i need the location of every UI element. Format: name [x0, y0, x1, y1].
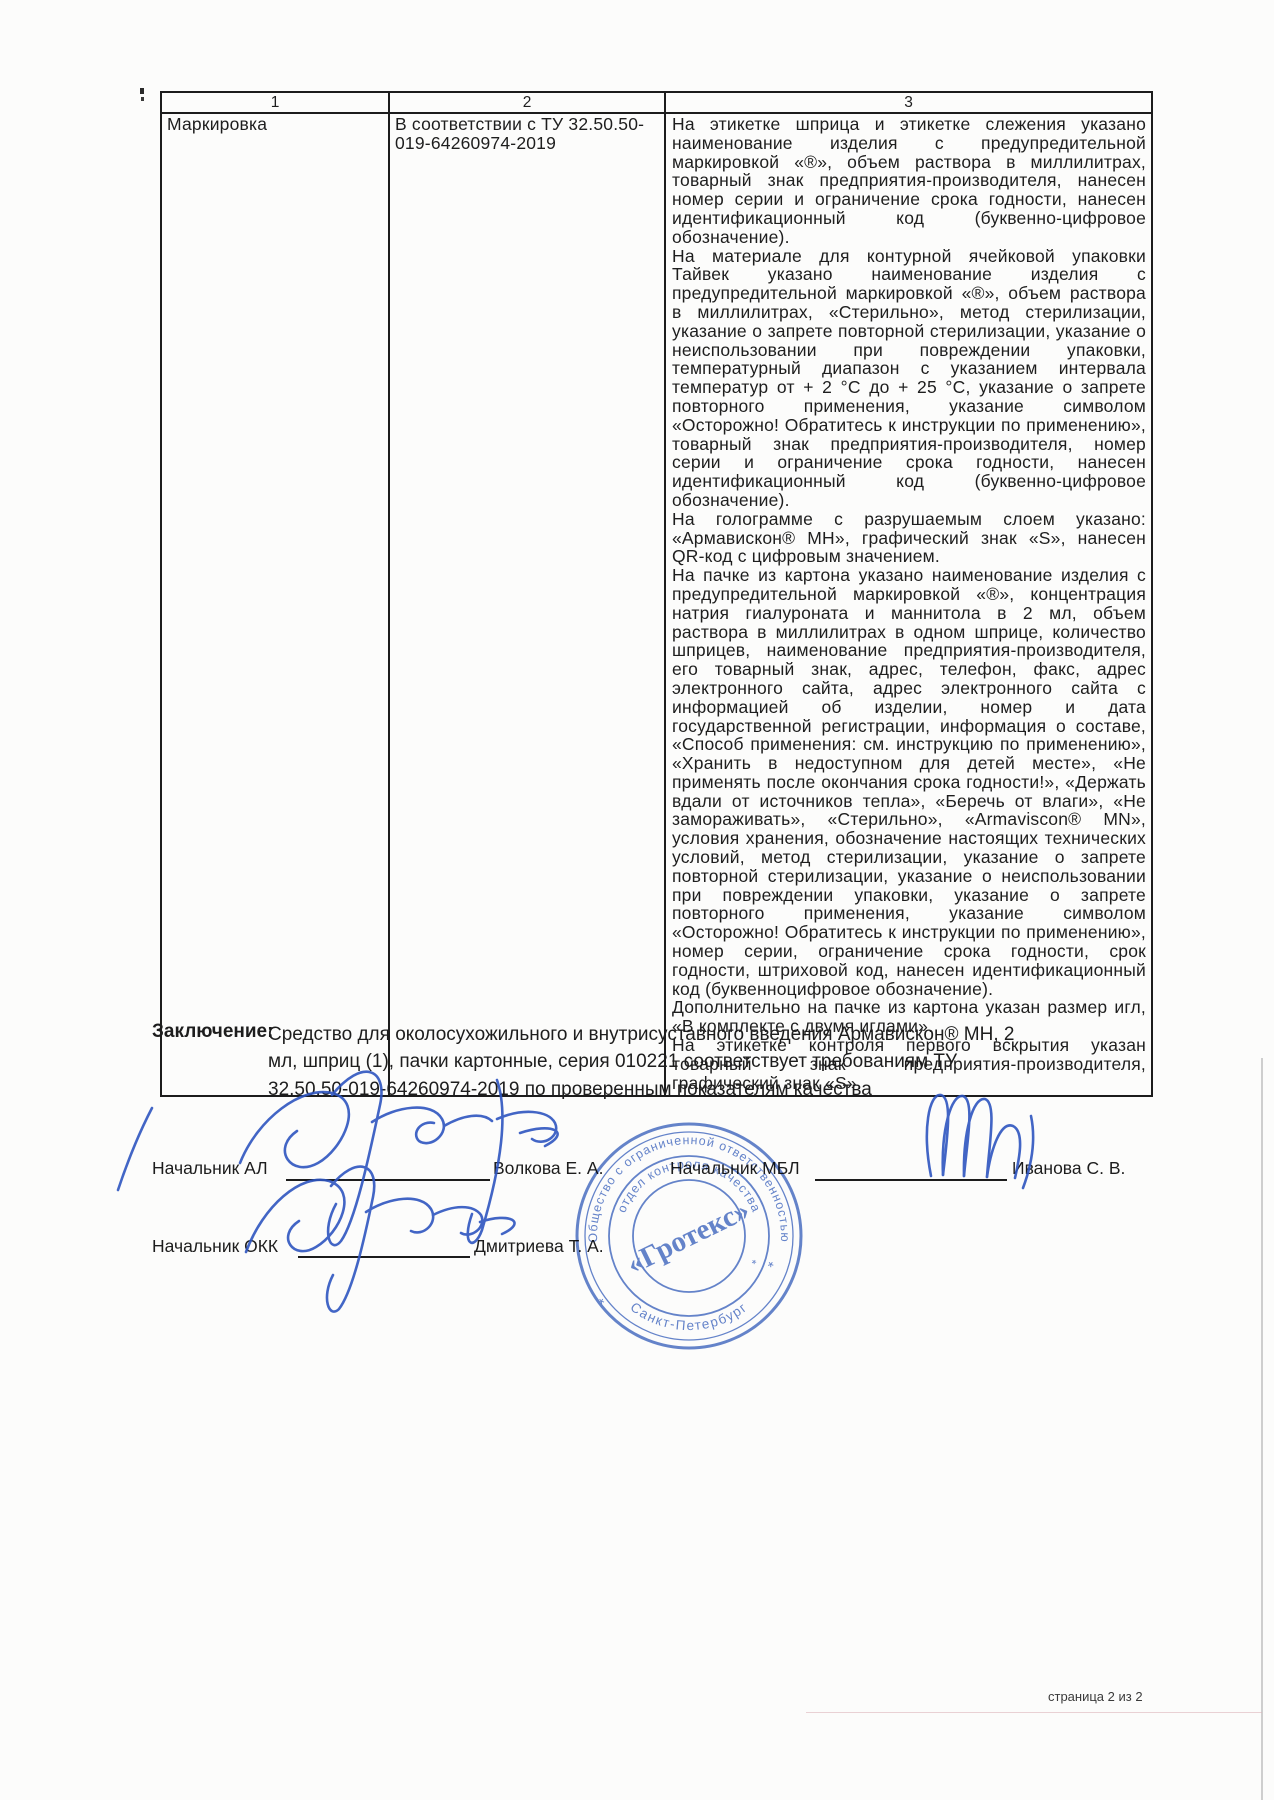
conclusion-line: Средство для околосухожильного и внутрис…	[268, 1021, 1058, 1048]
scan-speck	[141, 97, 144, 101]
cell-requirement: В соответствии с ТУ 32.50.50-019-6426097…	[389, 113, 665, 1096]
signature-line-head-mbl	[815, 1179, 1007, 1181]
table-header-col1: 1	[161, 92, 389, 113]
signature-role-head-al: Начальник АЛ	[152, 1158, 268, 1179]
cell-result: На этикетке шприца и этикетке слежения у…	[665, 113, 1152, 1096]
result-paragraph: На голограмме с разрушаемым слоем указан…	[672, 510, 1146, 566]
stamp-asterisk-inner: *	[748, 1256, 759, 1271]
result-paragraph: На этикетке шприца и этикетке слежения у…	[672, 115, 1146, 247]
signature-name-ivanova: Иванова С. В.	[1012, 1158, 1125, 1179]
table-header-row: 1 2 3	[161, 92, 1152, 113]
conclusion-label: Заключение:	[152, 1021, 273, 1043]
signature-role-head-okk: Начальник ОКК	[152, 1236, 278, 1257]
page-footer: страница 2 из 2	[1048, 1689, 1143, 1704]
scan-speck	[140, 88, 144, 94]
conclusion-line: мл, шприц (1), пачки картонные, серия 01…	[268, 1048, 1058, 1075]
result-paragraph: На пачке из картона указано наименование…	[672, 566, 1146, 998]
table-header-col3: 3	[665, 92, 1152, 113]
pen-stroke-slash	[118, 1108, 152, 1190]
table-row: Маркировка В соответствии с ТУ 32.50.50-…	[161, 113, 1152, 1096]
stamp-asterisk-right: *	[762, 1258, 777, 1275]
scan-edge-line	[1261, 1058, 1263, 1800]
result-paragraph: На материале для контурной ячейковой упа…	[672, 247, 1146, 510]
signature-line-head-al	[286, 1179, 490, 1181]
table-header-col2: 2	[389, 92, 665, 113]
cell-parameter-name: Маркировка	[161, 113, 389, 1096]
conclusion-text: Средство для околосухожильного и внутрис…	[268, 1021, 1058, 1103]
signature-line-head-okk	[298, 1256, 470, 1258]
company-stamp: Общество с ограниченной ответственностью…	[559, 1106, 819, 1366]
scanned-quality-certificate-page: { "table": { "headers": ["1", "2", "3"],…	[0, 0, 1274, 1800]
scan-fold-line	[806, 1712, 1262, 1713]
conclusion-line: 32.50.50-019-64260974-2019 по проверенны…	[268, 1076, 1058, 1103]
results-table: 1 2 3 Маркировка В соответствии с ТУ 32.…	[160, 91, 1151, 1097]
